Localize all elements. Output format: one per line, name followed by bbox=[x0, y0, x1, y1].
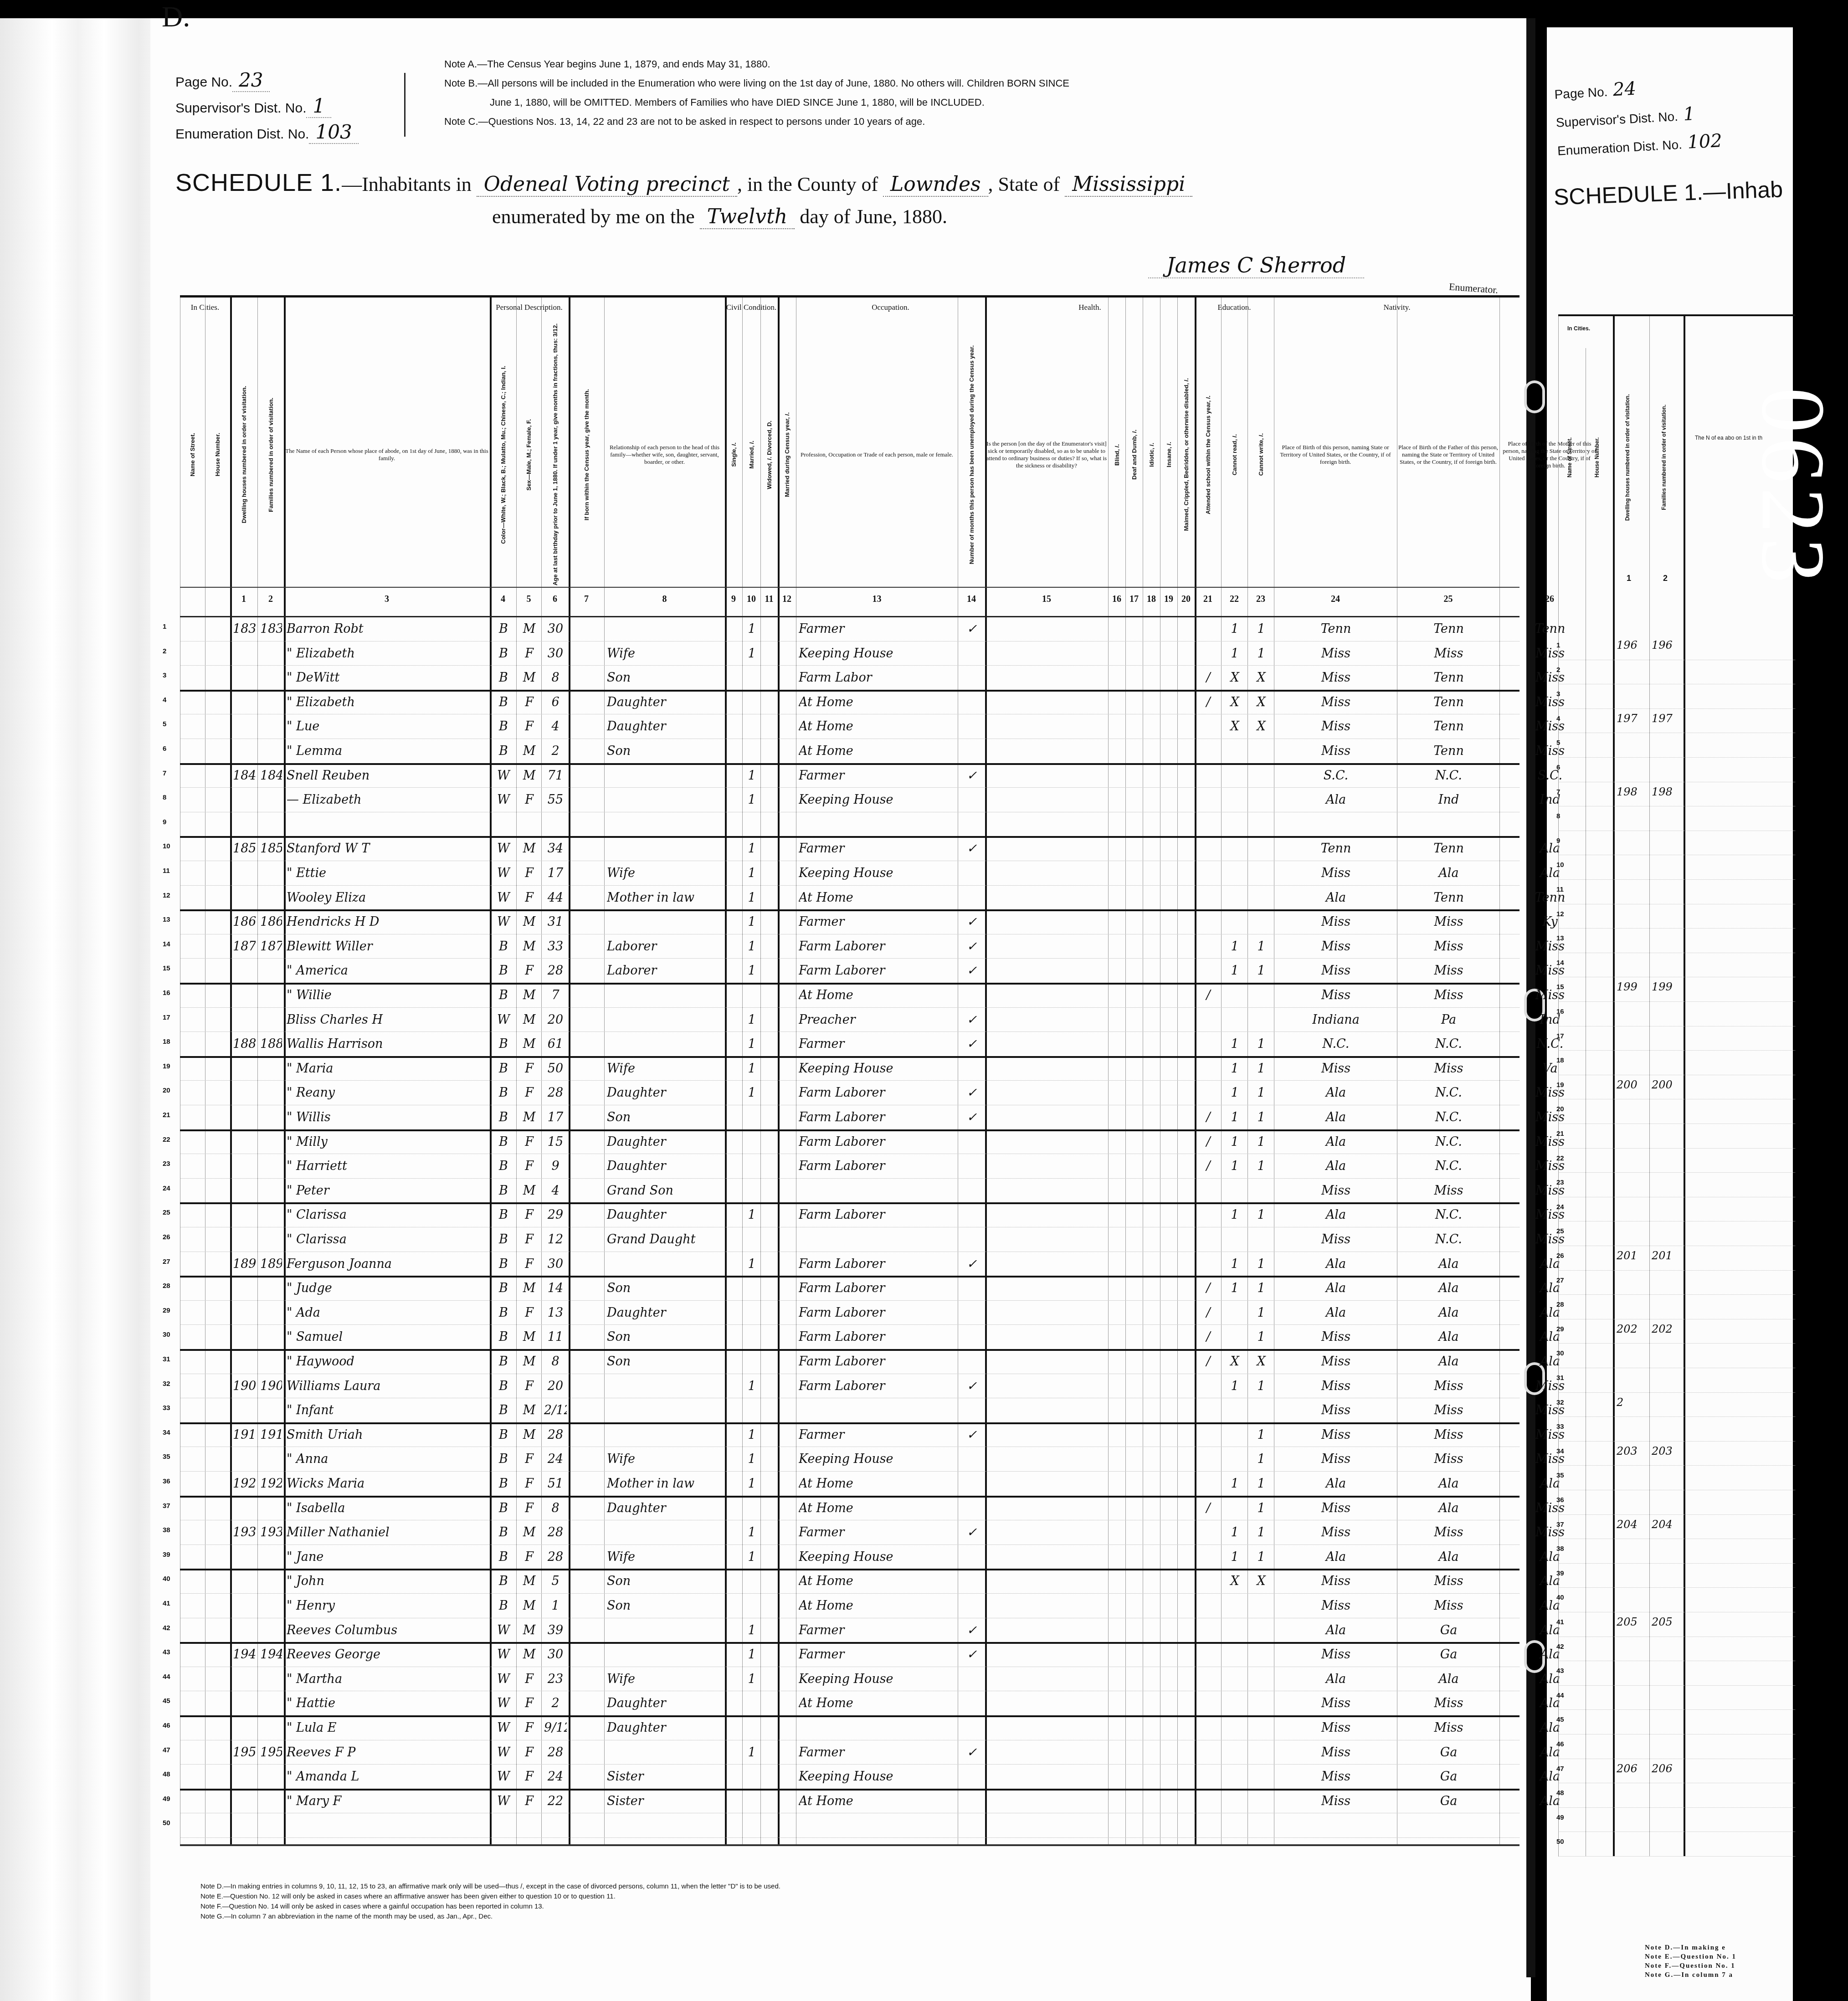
cell-family bbox=[260, 1181, 282, 1201]
table-row: 50 bbox=[180, 1813, 1519, 1838]
cell-family: 188 bbox=[260, 1034, 282, 1054]
cell-write bbox=[1250, 863, 1272, 883]
cell-dwelling bbox=[233, 1449, 256, 1469]
cell-relation: Grand Son bbox=[607, 1181, 723, 1201]
cell-married: 1 bbox=[745, 1059, 759, 1079]
cell-school bbox=[1197, 1645, 1219, 1665]
cell-school bbox=[1197, 1010, 1219, 1030]
column-number: 20 bbox=[1177, 594, 1195, 605]
right-line-number: 44 bbox=[1556, 1692, 1564, 1699]
cell-married: 1 bbox=[745, 1254, 759, 1274]
cell-father: N.C. bbox=[1400, 1083, 1498, 1103]
cell-color: W bbox=[493, 1010, 514, 1030]
cell-family bbox=[260, 1718, 282, 1738]
column-number: 25 bbox=[1397, 594, 1499, 605]
column-header-27: Place of Birth of the Father of this per… bbox=[1398, 323, 1499, 587]
cell-sex: M bbox=[519, 912, 539, 932]
cell-family bbox=[260, 1010, 282, 1030]
cell-age: 4 bbox=[544, 717, 567, 737]
cell-birth: Miss bbox=[1277, 985, 1395, 1006]
cell-sex: M bbox=[519, 1645, 539, 1665]
cell-write: 1 bbox=[1250, 1547, 1272, 1567]
cell-unemp bbox=[960, 1718, 983, 1738]
line-number: 40 bbox=[163, 1575, 170, 1583]
cell-read bbox=[1224, 1718, 1246, 1738]
right-line-number: 42 bbox=[1556, 1643, 1564, 1651]
cell-dwelling: 187 bbox=[233, 937, 256, 957]
cell-color: B bbox=[493, 1303, 514, 1323]
cell-color: B bbox=[493, 1132, 514, 1152]
cell-occupation: Farmer bbox=[799, 912, 956, 932]
cell-age: 13 bbox=[544, 1303, 567, 1323]
cell-sex: F bbox=[519, 1205, 539, 1225]
right-table-row: 37 bbox=[1558, 1514, 1795, 1539]
cell-unemp bbox=[960, 1498, 983, 1519]
right-table-row: 34 bbox=[1558, 1441, 1795, 1466]
cell-school bbox=[1197, 1230, 1219, 1250]
right-line-number: 19 bbox=[1556, 1081, 1564, 1089]
line-number: 11 bbox=[163, 867, 170, 875]
cell-birth: Miss bbox=[1277, 1230, 1395, 1250]
column-header-22: Maimed, Crippled, Bedridden, or otherwis… bbox=[1178, 323, 1194, 587]
table-row: 40" JohnBM5SonAt HomeXXMissMissAla bbox=[180, 1569, 1519, 1594]
cell-family bbox=[260, 693, 282, 713]
cell-married: 1 bbox=[745, 1205, 759, 1225]
column-header-2: House Number. bbox=[206, 323, 229, 587]
line-number: 7 bbox=[163, 770, 166, 777]
cell-color: W bbox=[493, 1791, 514, 1811]
cell-relation bbox=[607, 1743, 723, 1763]
cell-dwelling: 192 bbox=[233, 1474, 256, 1494]
cell-read bbox=[1224, 1743, 1246, 1763]
table-row: 23" HarriettBF9DaughterFarm Laborer/11Al… bbox=[180, 1154, 1519, 1179]
cell-relation: Laborer bbox=[607, 961, 723, 981]
cell-father: Miss bbox=[1400, 1449, 1498, 1469]
right-table-row: 4 bbox=[1558, 708, 1795, 734]
cell-write: 1 bbox=[1250, 1303, 1272, 1323]
right-table-row: 19 bbox=[1558, 1075, 1795, 1100]
cell-occupation: Keeping House bbox=[799, 1767, 956, 1787]
right-line-number: 21 bbox=[1556, 1130, 1564, 1138]
cell-school bbox=[1197, 1474, 1219, 1494]
cell-married: 1 bbox=[745, 1034, 759, 1054]
cell-relation bbox=[607, 1034, 723, 1054]
cell-school: / bbox=[1197, 693, 1219, 713]
cell-family bbox=[260, 985, 282, 1006]
cell-sex: M bbox=[519, 766, 539, 786]
line-number: 38 bbox=[163, 1526, 170, 1534]
cell-write: 1 bbox=[1250, 1034, 1272, 1054]
cell-sex: M bbox=[519, 985, 539, 1006]
cell-write bbox=[1250, 1010, 1272, 1030]
cell-age: 20 bbox=[544, 1010, 567, 1030]
cell-occupation: Farm Labor bbox=[799, 668, 956, 688]
line-number: 12 bbox=[163, 892, 170, 899]
cell-married bbox=[745, 1230, 759, 1250]
cell-sex: M bbox=[519, 1425, 539, 1445]
cell-age: 39 bbox=[544, 1621, 567, 1641]
line-number: 32 bbox=[163, 1380, 170, 1388]
cell-school bbox=[1197, 1547, 1219, 1567]
cell-write: 1 bbox=[1250, 1523, 1272, 1543]
cell-family bbox=[260, 888, 282, 908]
cell-read bbox=[1224, 815, 1246, 835]
cell-birth: Ala bbox=[1277, 1278, 1395, 1298]
cell-write bbox=[1250, 888, 1272, 908]
cell-relation: Laborer bbox=[607, 937, 723, 957]
line-number: 5 bbox=[163, 720, 166, 728]
right-table-row: 46 bbox=[1558, 1734, 1795, 1759]
cell-color: B bbox=[493, 693, 514, 713]
cell-father: Miss bbox=[1400, 912, 1498, 932]
cell-family: 189 bbox=[260, 1254, 282, 1274]
cell-sex: F bbox=[519, 790, 539, 810]
line-number: 10 bbox=[163, 842, 170, 850]
column-header-3: Dwelling houses numbered in order of vis… bbox=[231, 323, 257, 587]
cell-name: Blewitt Willer bbox=[287, 937, 488, 957]
cell-unemp bbox=[960, 644, 983, 664]
column-number: 18 bbox=[1143, 594, 1160, 605]
cell-school bbox=[1197, 1669, 1219, 1689]
cell-married: 1 bbox=[745, 644, 759, 664]
cell-sex: F bbox=[519, 1791, 539, 1811]
cell-unemp bbox=[960, 888, 983, 908]
line-number: 22 bbox=[163, 1136, 170, 1144]
cell-relation bbox=[607, 1401, 723, 1421]
cell-relation: Wife bbox=[607, 1547, 723, 1567]
cell-birth: Miss bbox=[1277, 1596, 1395, 1616]
cell-unemp bbox=[960, 1767, 983, 1787]
note-c: Note C.—Questions Nos. 13, 14, 22 and 23… bbox=[444, 112, 1355, 131]
line-number: 6 bbox=[163, 745, 166, 753]
cell-sex: F bbox=[519, 1449, 539, 1469]
cell-read: X bbox=[1224, 1352, 1246, 1372]
table-row: 31" HaywoodBM8SonFarm Laborer/XXMissAlaA… bbox=[180, 1349, 1519, 1374]
cell-family bbox=[260, 741, 282, 761]
cell-relation bbox=[607, 1254, 723, 1274]
cell-age: 9/12 bbox=[544, 1718, 567, 1738]
cell-name: " Isabella bbox=[287, 1498, 488, 1519]
cell-dwelling: 191 bbox=[233, 1425, 256, 1445]
line-number: 29 bbox=[163, 1307, 170, 1314]
cell-write bbox=[1250, 1743, 1272, 1763]
cell-occupation bbox=[799, 1718, 956, 1738]
right-table-row: 38 bbox=[1558, 1539, 1795, 1564]
cell-name: " Lue bbox=[287, 717, 488, 737]
cell-age: 1 bbox=[544, 1596, 567, 1616]
cell-family bbox=[260, 1083, 282, 1103]
right-table-row: 2 bbox=[1558, 660, 1795, 685]
right-enumeration-district: 102 bbox=[1681, 130, 1723, 154]
cell-write bbox=[1250, 1596, 1272, 1616]
cell-name: " Reany bbox=[287, 1083, 488, 1103]
cell-unemp: ✓ bbox=[960, 839, 983, 859]
cell-birth: Ala bbox=[1277, 790, 1395, 810]
cell-married: 1 bbox=[745, 766, 759, 786]
cell-birth: Ala bbox=[1277, 1474, 1395, 1494]
line-number: 43 bbox=[163, 1648, 170, 1656]
cell-color: W bbox=[493, 1767, 514, 1787]
table-row: 19" MariaBF50Wife1Keeping House11MissMis… bbox=[180, 1056, 1519, 1081]
cell-dwelling bbox=[233, 644, 256, 664]
cell-read: 1 bbox=[1224, 937, 1246, 957]
cell-unemp bbox=[960, 1352, 983, 1372]
right-line-number: 13 bbox=[1556, 934, 1564, 942]
cell-age: 30 bbox=[544, 619, 567, 639]
cell-read: 1 bbox=[1224, 1083, 1246, 1103]
cell-married bbox=[745, 717, 759, 737]
cell-color: W bbox=[493, 912, 514, 932]
cell-birth: Miss bbox=[1277, 863, 1395, 883]
cell-write: 1 bbox=[1250, 1254, 1272, 1274]
right-table-row: 24 bbox=[1558, 1197, 1795, 1222]
cell-relation: Daughter bbox=[607, 1083, 723, 1103]
right-dwelling-number: 206 bbox=[1617, 1762, 1638, 1775]
cell-read bbox=[1224, 1816, 1246, 1836]
cell-color: B bbox=[493, 1425, 514, 1445]
cell-sex: M bbox=[519, 1034, 539, 1054]
cell-sex bbox=[519, 1816, 539, 1836]
cell-unemp: ✓ bbox=[960, 961, 983, 981]
cell-write: 1 bbox=[1250, 1449, 1272, 1469]
cell-family bbox=[260, 1669, 282, 1689]
right-line-number: 48 bbox=[1556, 1789, 1564, 1797]
table-row: 3" DeWittBM8SonFarm Labor/XXMissTennMiss bbox=[180, 665, 1519, 692]
cell-birth: Ala bbox=[1277, 1547, 1395, 1567]
cell-age: 24 bbox=[544, 1449, 567, 1469]
cell-unemp bbox=[960, 1693, 983, 1714]
cell-age: 33 bbox=[544, 937, 567, 957]
cell-read bbox=[1224, 1645, 1246, 1665]
cell-married bbox=[745, 1401, 759, 1421]
table-row: 37" IsabellaBF8DaughterAt Home/1MissAlaM… bbox=[180, 1496, 1519, 1521]
right-table-row: 45 bbox=[1558, 1709, 1795, 1734]
cell-color: W bbox=[493, 1718, 514, 1738]
right-family-number: 202 bbox=[1652, 1323, 1673, 1335]
right-line-number: 47 bbox=[1556, 1765, 1564, 1773]
cell-dwelling bbox=[233, 1693, 256, 1714]
column-number: 9 bbox=[725, 594, 742, 605]
cell-unemp: ✓ bbox=[960, 912, 983, 932]
cell-unemp: ✓ bbox=[960, 1743, 983, 1763]
right-line-number: 20 bbox=[1556, 1105, 1564, 1113]
cell-unemp bbox=[960, 1401, 983, 1421]
cell-name: " Haywood bbox=[287, 1352, 488, 1372]
cell-write: 1 bbox=[1250, 1376, 1272, 1396]
right-table-row: 36 bbox=[1558, 1490, 1795, 1515]
cell-read bbox=[1224, 888, 1246, 908]
cell-sex: F bbox=[519, 961, 539, 981]
cell-write bbox=[1250, 766, 1272, 786]
cell-relation: Son bbox=[607, 1352, 723, 1372]
right-table-row: 42 bbox=[1558, 1637, 1795, 1662]
right-family-number: 205 bbox=[1652, 1616, 1673, 1628]
cell-school bbox=[1197, 766, 1219, 786]
schedule-title: SCHEDULE 1.—Inhabitants in Odeneal Votin… bbox=[175, 169, 1192, 197]
cell-married bbox=[745, 1352, 759, 1372]
column-group-2: Personal Description. bbox=[490, 303, 569, 312]
cell-sex: F bbox=[519, 1303, 539, 1323]
cell-father: Miss bbox=[1400, 1181, 1498, 1201]
cell-name: " Samuel bbox=[287, 1327, 488, 1347]
cell-write bbox=[1250, 1791, 1272, 1811]
cell-color: B bbox=[493, 1596, 514, 1616]
cell-family bbox=[260, 1621, 282, 1641]
cell-married bbox=[745, 668, 759, 688]
cell-family bbox=[260, 1767, 282, 1787]
cell-school: / bbox=[1197, 1156, 1219, 1176]
cell-color: B bbox=[493, 1474, 514, 1494]
cell-school bbox=[1197, 717, 1219, 737]
census-table: In Cities.Personal Description.Civil Con… bbox=[180, 295, 1519, 1846]
cell-age: 8 bbox=[544, 1498, 567, 1519]
cell-age: 71 bbox=[544, 766, 567, 786]
right-table-row: 50 bbox=[1558, 1832, 1795, 1857]
cell-school: / bbox=[1197, 668, 1219, 688]
cell-age: 2/12 bbox=[544, 1401, 567, 1421]
table-row: 34191191Smith UriahBM281Farmer✓1MissMiss… bbox=[180, 1422, 1519, 1447]
cell-unemp bbox=[960, 1669, 983, 1689]
cell-father: Tenn bbox=[1400, 717, 1498, 737]
right-table-row: 5 bbox=[1558, 733, 1795, 758]
cell-dwelling bbox=[233, 1059, 256, 1079]
cell-relation: Daughter bbox=[607, 1156, 723, 1176]
cell-birth: Miss bbox=[1277, 1498, 1395, 1519]
cell-sex: F bbox=[519, 1376, 539, 1396]
cell-age: 17 bbox=[544, 863, 567, 883]
line-number: 45 bbox=[163, 1697, 170, 1705]
right-line-number: 3 bbox=[1556, 690, 1560, 698]
cell-unemp bbox=[960, 1449, 983, 1469]
cell-family bbox=[260, 644, 282, 664]
cell-color: B bbox=[493, 619, 514, 639]
cell-unemp bbox=[960, 1327, 983, 1347]
cell-birth: Miss bbox=[1277, 717, 1395, 737]
cell-father bbox=[1400, 815, 1498, 835]
cell-school bbox=[1197, 1181, 1219, 1201]
cell-name: " Harriett bbox=[287, 1156, 488, 1176]
cell-read: 1 bbox=[1224, 1254, 1246, 1274]
column-group-3: Civil Condition. bbox=[725, 303, 778, 312]
right-line-number: 39 bbox=[1556, 1570, 1564, 1577]
right-census-table: In Cities. Name of Street. House Number.… bbox=[1558, 314, 1795, 1856]
cell-unemp bbox=[960, 1132, 983, 1152]
cell-write: 1 bbox=[1250, 1425, 1272, 1445]
right-line-number: 50 bbox=[1556, 1838, 1564, 1846]
cell-birth: Miss bbox=[1277, 1059, 1395, 1079]
cell-relation: Daughter bbox=[607, 1303, 723, 1323]
table-row: 2" ElizabethBF30Wife1Keeping House11Miss… bbox=[180, 641, 1519, 666]
cell-dwelling bbox=[233, 1571, 256, 1591]
cell-name: " America bbox=[287, 961, 488, 981]
right-table-row: 16 bbox=[1558, 1001, 1795, 1026]
cell-sex: F bbox=[519, 1669, 539, 1689]
cell-age: 30 bbox=[544, 1645, 567, 1665]
column-header-12: Married, /. bbox=[743, 323, 760, 587]
cell-name: " Mary F bbox=[287, 1791, 488, 1811]
cell-birth: Ala bbox=[1277, 1303, 1395, 1323]
right-line-number: 37 bbox=[1556, 1521, 1564, 1529]
cell-name: " Infant bbox=[287, 1401, 488, 1421]
line-number: 24 bbox=[163, 1185, 170, 1192]
cell-name: " Milly bbox=[287, 1132, 488, 1152]
right-table-row: 1 bbox=[1558, 635, 1795, 660]
cell-married bbox=[745, 1303, 759, 1323]
cell-family bbox=[260, 815, 282, 835]
cell-family: 186 bbox=[260, 912, 282, 932]
cell-father: Ga bbox=[1400, 1767, 1498, 1787]
cell-read: 1 bbox=[1224, 1278, 1246, 1298]
line-number: 28 bbox=[163, 1282, 170, 1290]
cell-dwelling bbox=[233, 1791, 256, 1811]
line-number: 34 bbox=[163, 1429, 170, 1437]
cell-sex: M bbox=[519, 1571, 539, 1591]
table-row: 29" AdaBF13DaughterFarm Laborer/1AlaAlaA… bbox=[180, 1300, 1519, 1325]
cell-birth: Ala bbox=[1277, 888, 1395, 908]
right-line-number: 30 bbox=[1556, 1349, 1564, 1357]
line-number: 14 bbox=[163, 940, 170, 948]
cell-birth: Miss bbox=[1277, 693, 1395, 713]
cell-family: 193 bbox=[260, 1523, 282, 1543]
cell-read: X bbox=[1224, 1571, 1246, 1591]
district-info: Page No.23 Supervisor's Dist. No.1 Enume… bbox=[175, 68, 359, 146]
cell-school bbox=[1197, 1401, 1219, 1421]
right-table-row: 25 bbox=[1558, 1221, 1795, 1246]
table-row: 12Wooley ElizaWF44Mother in law1At HomeA… bbox=[180, 885, 1519, 912]
table-row: 27189189Ferguson JoannaBF301Farm Laborer… bbox=[180, 1252, 1519, 1278]
cell-sex: M bbox=[519, 1010, 539, 1030]
cell-occupation: Farmer bbox=[799, 619, 956, 639]
cell-dwelling bbox=[233, 1352, 256, 1372]
cell-dwelling bbox=[233, 1230, 256, 1250]
cell-occupation: Farm Laborer bbox=[799, 1352, 956, 1372]
right-line-number: 35 bbox=[1556, 1472, 1564, 1479]
cell-unemp bbox=[960, 717, 983, 737]
cell-sex: F bbox=[519, 1498, 539, 1519]
cell-dwelling: 194 bbox=[233, 1645, 256, 1665]
cell-father: Miss bbox=[1400, 644, 1498, 664]
right-family-number: 201 bbox=[1652, 1249, 1673, 1262]
line-number: 30 bbox=[163, 1331, 170, 1339]
cell-sex: F bbox=[519, 1230, 539, 1250]
cell-relation bbox=[607, 1376, 723, 1396]
cell-birth: Miss bbox=[1277, 1449, 1395, 1469]
cell-married: 1 bbox=[745, 1376, 759, 1396]
cell-family bbox=[260, 1596, 282, 1616]
table-row: 1183183Barron RobtBM301Farmer✓11TennTenn… bbox=[180, 616, 1519, 641]
cell-father bbox=[1400, 1816, 1498, 1836]
cell-write bbox=[1250, 1767, 1272, 1787]
enumeration-date: enumerated by me on the Twelvth day of J… bbox=[492, 205, 947, 228]
cell-relation: Son bbox=[607, 1108, 723, 1128]
cell-married bbox=[745, 741, 759, 761]
cell-family bbox=[260, 1693, 282, 1714]
cell-unemp bbox=[960, 668, 983, 688]
cell-name: " Judge bbox=[287, 1278, 488, 1298]
cell-age: 2 bbox=[544, 1693, 567, 1714]
cell-father: Ala bbox=[1400, 1547, 1498, 1567]
right-table-row: 41 bbox=[1558, 1612, 1795, 1637]
right-col-family: Families numbered in order of visitation… bbox=[1661, 357, 1667, 558]
right-table-row: 11 bbox=[1558, 879, 1795, 904]
cell-birth: Ala bbox=[1277, 1621, 1395, 1641]
cell-dwelling bbox=[233, 1156, 256, 1176]
right-family-number: 206 bbox=[1652, 1762, 1673, 1775]
cell-unemp bbox=[960, 1230, 983, 1250]
cell-age: 55 bbox=[544, 790, 567, 810]
cell-color: B bbox=[493, 961, 514, 981]
note-b: Note B.—All persons will be included in … bbox=[444, 74, 1355, 93]
